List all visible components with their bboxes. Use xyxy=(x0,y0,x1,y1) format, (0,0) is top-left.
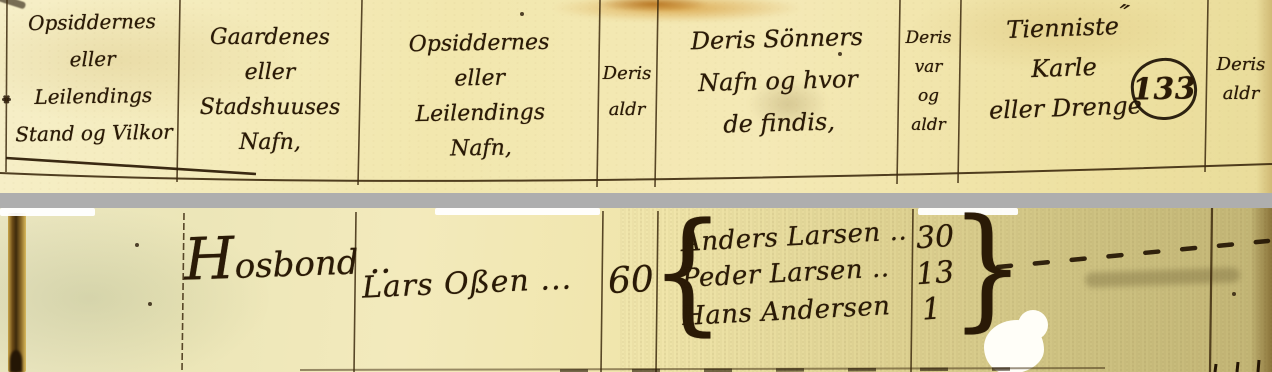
scan-join-band xyxy=(0,193,1272,208)
column-header-gaardenes-nafn: Gaardenes eller Stadshuuses Nafn, xyxy=(180,20,360,160)
column-header-sonners-nafn: Deris Sönners Nafn og hvor de findis, xyxy=(656,15,899,147)
column-header-deris-var-og-alder: Deris var og aldr xyxy=(898,24,959,140)
column-header-deris-alder-2: Deris aldr xyxy=(1209,50,1272,108)
ink-speck xyxy=(520,12,524,16)
folio-number: 133 xyxy=(1132,71,1197,107)
record-head-age: 60 xyxy=(607,259,655,302)
scan-white-patch xyxy=(435,208,600,215)
sons-brace-close: } xyxy=(950,201,1025,333)
register-scan-page: Opsiddernes eller Leilendings Stand og V… xyxy=(0,0,1272,372)
column-header-deris-alder: Deris aldr xyxy=(598,56,656,128)
ink-speck xyxy=(135,243,139,247)
page-edge-shadow-bottom xyxy=(1250,208,1272,372)
scan-white-patch xyxy=(0,208,95,216)
column-header-stand-og-vilkor: Opsiddernes eller Leilendings Stand og V… xyxy=(7,3,180,154)
ink-speck xyxy=(1232,292,1236,296)
book-binding-edge xyxy=(8,213,26,372)
record-household-role: Hosbond .. xyxy=(183,234,391,288)
son-age: 1 xyxy=(921,291,942,327)
ink-speck xyxy=(148,302,152,306)
column-header-opsiddernes-nafn: Opsiddernes eller Leilendings Nafn, xyxy=(361,24,599,168)
